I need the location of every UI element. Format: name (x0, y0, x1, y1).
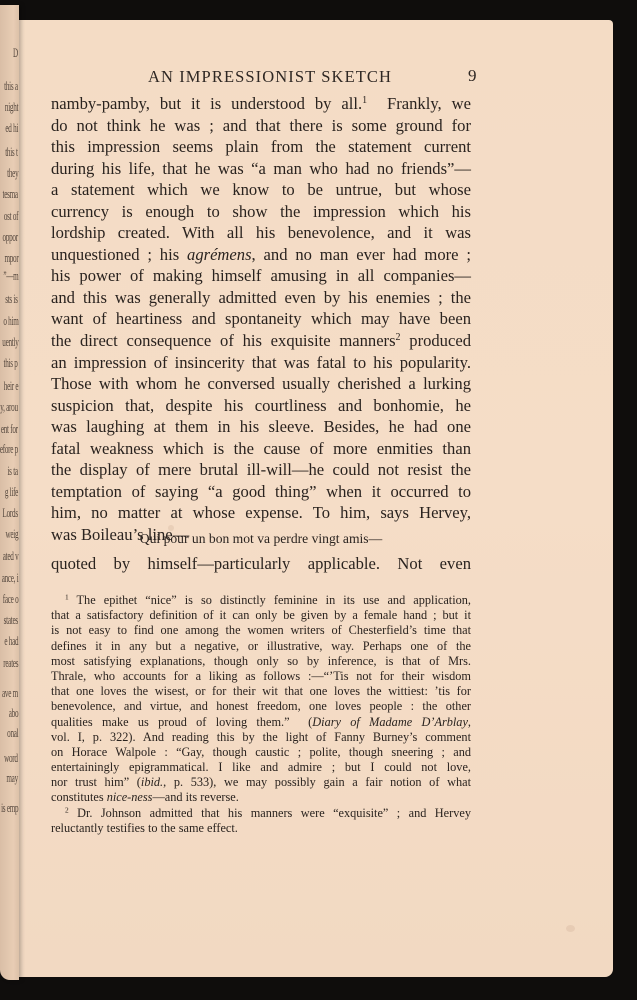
text-line: during his life, that he was “a man who … (51, 158, 471, 180)
previous-page-text-fragment: this p (4, 355, 18, 371)
footnote-1-line: entertainingly epigrammatical. I like an… (51, 760, 471, 775)
previous-page-edge: Dthis anighted hithis ttheytesmaost ofop… (0, 5, 19, 980)
main-text: namby-pamby, but it is understood by all… (51, 93, 471, 545)
text-line: a statement which we know to be untrue, … (51, 179, 471, 201)
text-line: suspicion that, despite his courtliness … (51, 395, 471, 417)
previous-page-text-fragment: mpor (4, 250, 18, 266)
previous-page-text-fragment: onal (7, 725, 18, 741)
text-line: currency is enough to show the impressio… (51, 201, 471, 223)
previous-page-text-fragment: o him (3, 313, 18, 329)
previous-page-text-fragment: word (4, 750, 18, 766)
verse-quotation: Qui pour un bon mot va perdre vingt amis… (51, 531, 471, 547)
text-line: Those with whom he conversed usually che… (51, 373, 471, 395)
previous-page-text-fragment: y, arou (1, 399, 18, 415)
previous-page-text-fragment: they (7, 165, 18, 181)
text-line-content: quoted by himself—particularly applicabl… (51, 554, 471, 576)
text-line: do not think he was ; and that there is … (51, 115, 471, 137)
previous-page-text-fragment: ”—m (3, 268, 18, 284)
previous-page-text-fragment: ost of (4, 208, 18, 224)
previous-page-text-fragment: heir e (4, 378, 18, 394)
previous-page-text-fragment: uently (2, 334, 18, 350)
previous-page-text-fragment: weig (5, 526, 18, 542)
footnote-1-line: that a satisfactory definition of it can… (51, 608, 471, 623)
footnote-1-line: that one loves the wisest, or for their … (51, 684, 471, 699)
previous-page-text-fragment: ent for (1, 421, 18, 437)
text-line: lordship created. With all his benevolen… (51, 222, 471, 244)
running-head: AN IMPRESSIONIST SKETCH (120, 67, 420, 87)
previous-page-text-fragment: Lords (3, 505, 18, 521)
previous-page-text-fragment: tesma (3, 186, 18, 202)
page-number: 9 (468, 66, 477, 86)
paper-spot (566, 925, 575, 932)
previous-page-text-fragment: may (7, 770, 18, 786)
footnote-2-line: reluctantly testifies to the same effect… (51, 821, 471, 836)
previous-page-text-fragment: oppor (3, 229, 18, 245)
text-line: him, no matter at whose expense. To him,… (51, 502, 471, 524)
footnotes: 1 The epithet “nice” is so distinctly fe… (51, 593, 471, 836)
text-line: his power of making himself amusing in a… (51, 265, 471, 287)
previous-page-text-fragment: ed hi (5, 120, 18, 136)
text-line: the direct consequence of his exquisite … (51, 330, 471, 352)
previous-page-text-fragment: this a (4, 78, 18, 94)
previous-page-text-fragment: e had (4, 633, 18, 649)
text-line: want of heartiness and spontaneity which… (51, 308, 471, 330)
previous-page-text-fragment: face o (2, 591, 18, 607)
text-line: and this was generally admitted even by … (51, 287, 471, 309)
previous-page-text-fragment: reates (3, 655, 18, 671)
previous-page-text-fragment: is emp (1, 800, 18, 816)
text-line: quoted by himself—particularly applicabl… (51, 554, 471, 576)
text-line: an impression of insincerity that was fa… (51, 352, 471, 374)
text-line: temptation of saying “a good thing” when… (51, 481, 471, 503)
previous-page-text-fragment: is ta (8, 463, 18, 479)
footnote-1-line: constitutes nice-ness—and its reverse. (51, 790, 471, 805)
text-line: was laughing at them in his sleeve. Besi… (51, 416, 471, 438)
footnote-1-line: is not easy to find one among the women … (51, 623, 471, 638)
previous-page-text-fragment: night (5, 99, 18, 115)
footnote-1-line: vol. I, p. 322). And reading this by the… (51, 730, 471, 745)
previous-page-text-fragment: this t (6, 144, 18, 160)
text-line: this impression seems plain from the sta… (51, 136, 471, 158)
previous-page-text-fragment: ated v (2, 548, 18, 564)
footnote-2-line: 2 Dr. Johnson admitted that his manners … (51, 806, 471, 821)
footnote-1-line: qualities make us proud of loving them.”… (51, 715, 471, 730)
footnote-1-line: 1 The epithet “nice” is so distinctly fe… (51, 593, 471, 608)
previous-page-text-fragment: states (4, 612, 18, 628)
footnote-1-line: on Horace Walpole : “Gay, though caustic… (51, 745, 471, 760)
text-line: fatal weakness which is the cause of mor… (51, 438, 471, 460)
previous-page-text-fragment: efore p (0, 441, 18, 457)
text-line: namby-pamby, but it is understood by all… (51, 93, 471, 115)
footnote-1-line: most satisfying explanations, though onl… (51, 654, 471, 669)
previous-page-text-fragment: ance, i (1, 570, 18, 586)
book-page: AN IMPRESSIONIST SKETCH 9 namby-pamby, b… (18, 20, 613, 977)
footnote-1-line: Thrale, who accounts for a liking as fol… (51, 669, 471, 684)
footnote-1-line: benevolence, and virtue, and honest free… (51, 699, 471, 714)
previous-page-text-fragment: g life (5, 484, 18, 500)
previous-page-text-fragment: D (13, 45, 18, 61)
text-line: the display of mere brutal ill-will—he c… (51, 459, 471, 481)
previous-page-text-fragment: abo (8, 705, 18, 721)
footnote-1-line: defines it in any but a negative, or ill… (51, 639, 471, 654)
footnote-1-line: nor trust him” (ibid., p. 533), we may p… (51, 775, 471, 790)
previous-page-text-fragment: sts is (6, 291, 18, 307)
previous-page-text-fragment: ave m (2, 685, 18, 701)
text-line: unquestioned ; his agrémens, and no man … (51, 244, 471, 266)
